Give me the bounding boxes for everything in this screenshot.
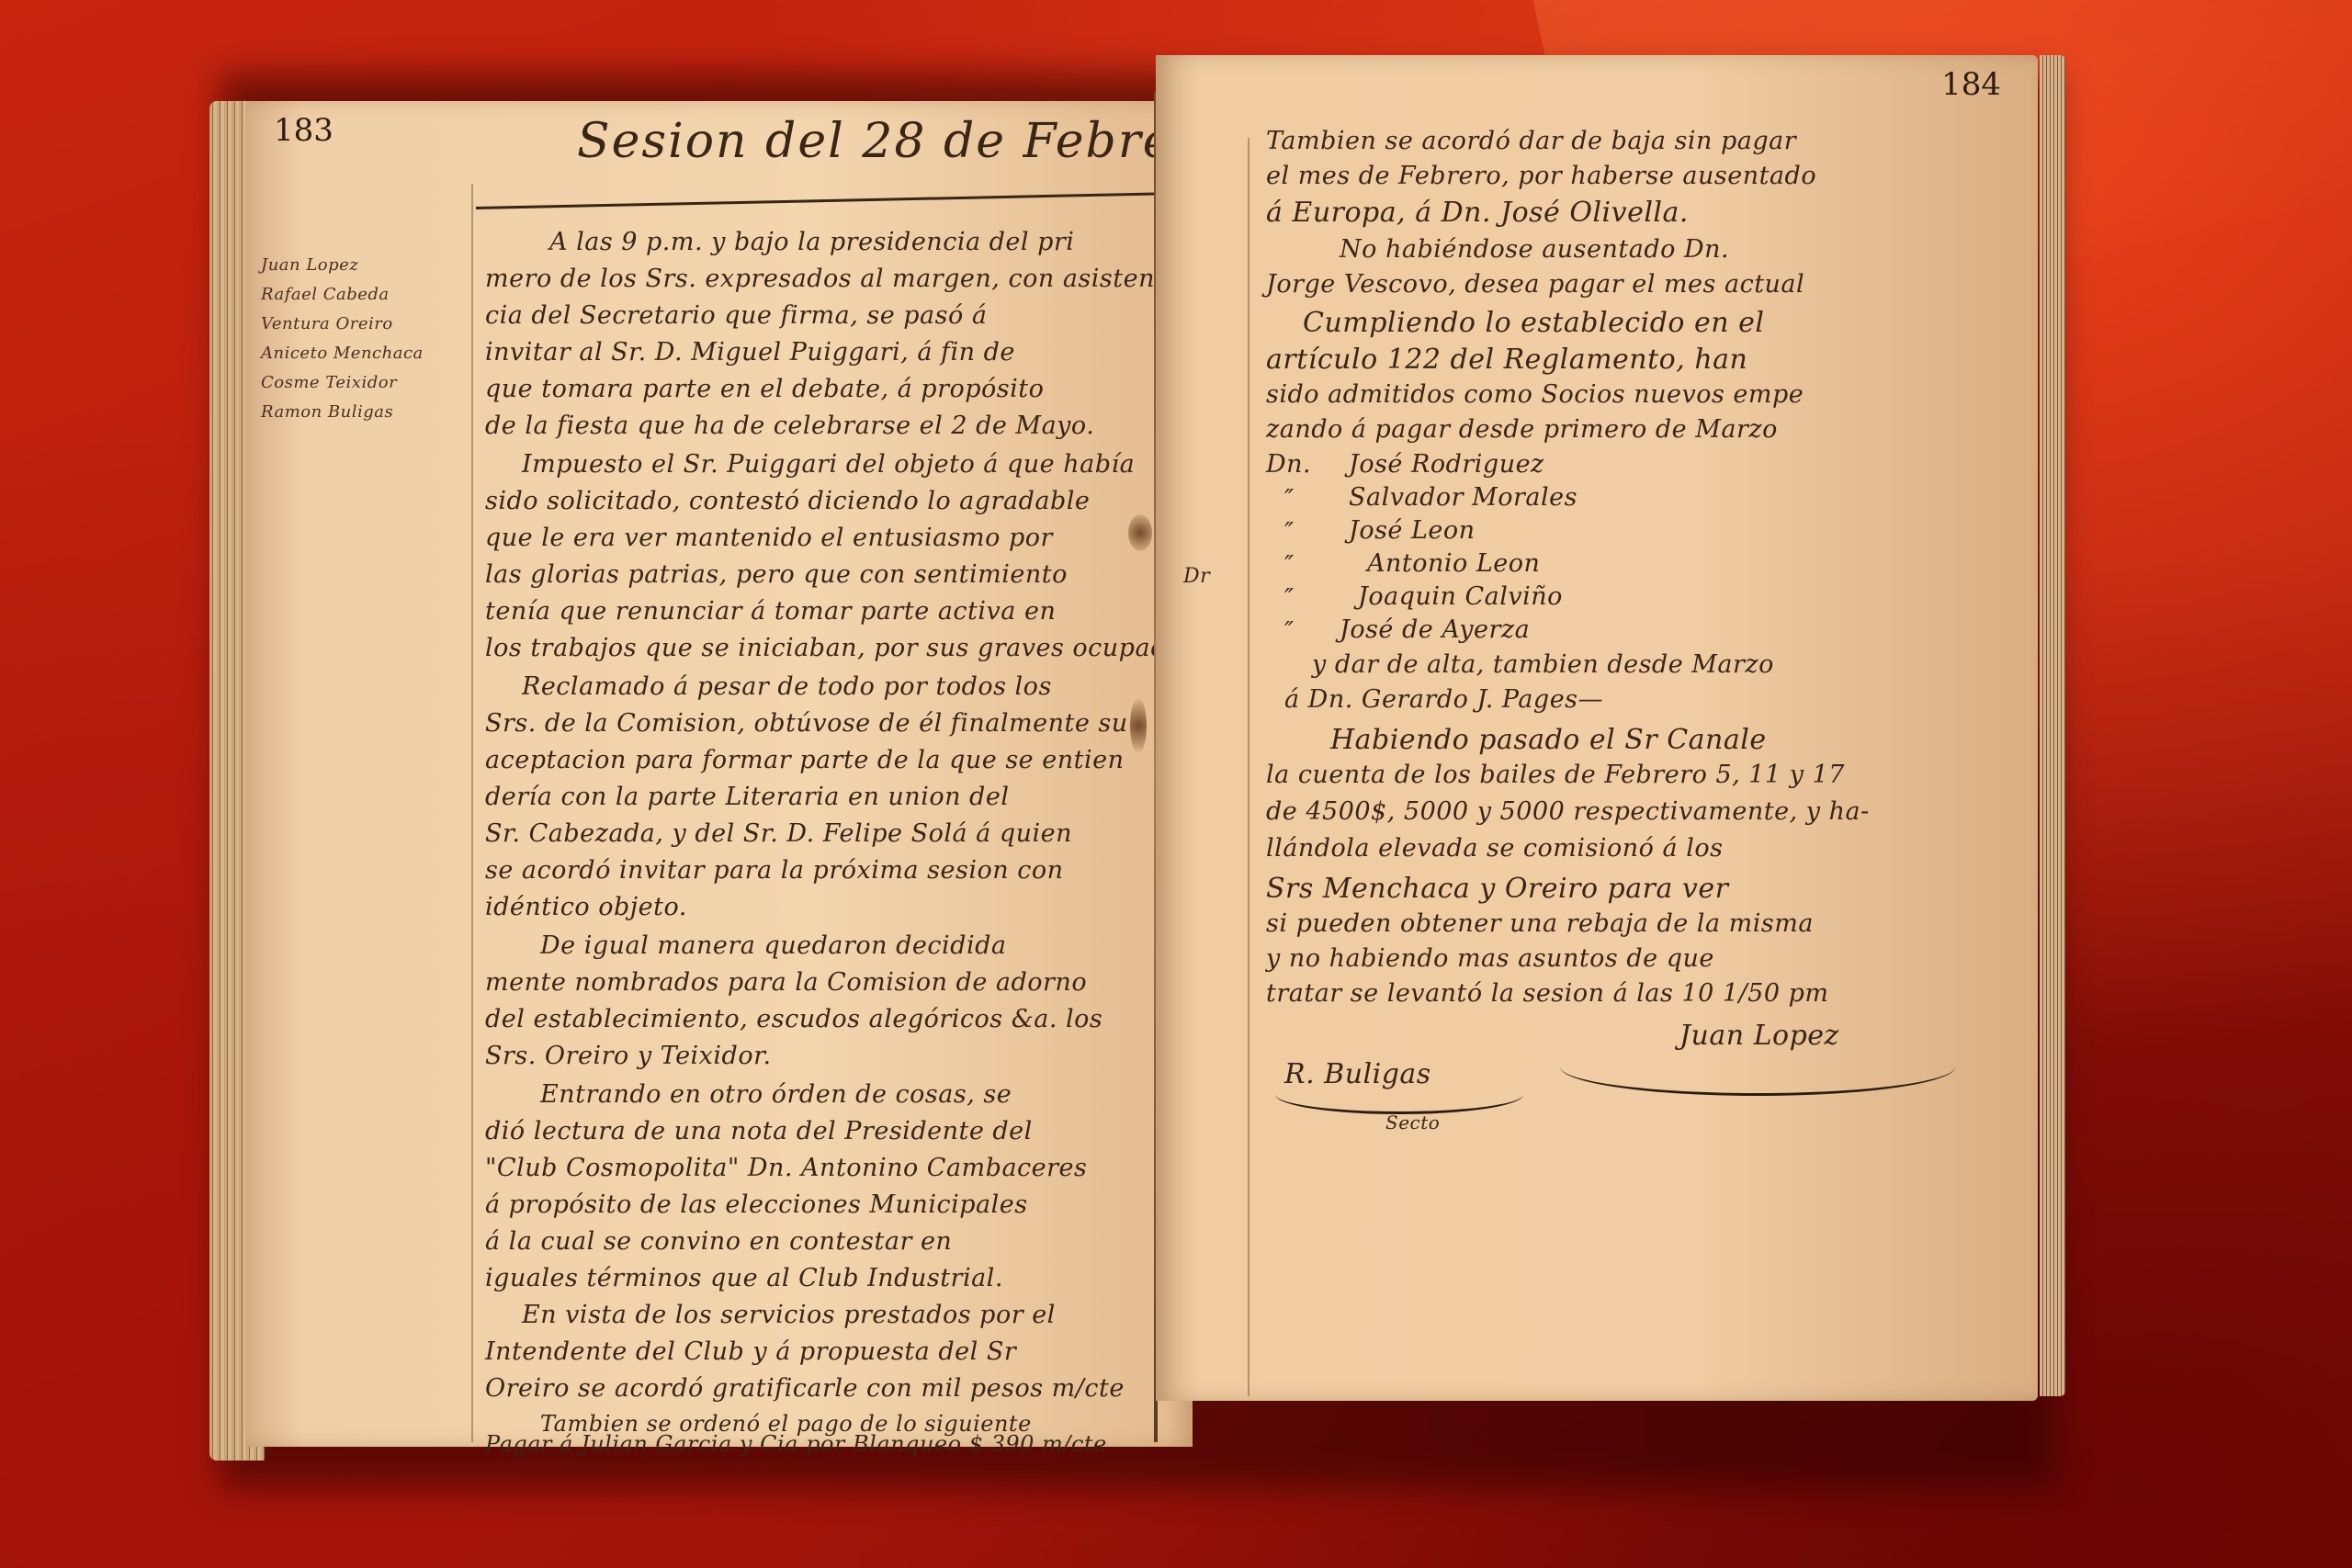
attendee-name: Ramon Buligas — [261, 402, 393, 422]
text-line: En vista de los servicios prestados por … — [522, 1301, 1056, 1329]
text-line: tratar se levantó la sesion á las 10 1/5… — [1266, 979, 1829, 1008]
text-line: Habiendo pasado el Sr Canale — [1330, 724, 1767, 756]
text-line: de la fiesta que ha de celebrarse el 2 d… — [485, 412, 1094, 440]
new-member-name: José de Ayerza — [1340, 615, 1530, 644]
title-underline — [476, 192, 1174, 209]
attendee-name: Rafael Cabeda — [261, 285, 390, 304]
text-line: á Europa, á Dn. José Olivella. — [1266, 197, 1689, 229]
new-member-name: Antonio Leon — [1367, 549, 1540, 578]
ditto-mark: ″ — [1284, 518, 1295, 547]
text-line: Oreiro se acordó gratificarle con mil pe… — [485, 1374, 1125, 1403]
text-line: llándola elevada se comisionó á los — [1266, 834, 1723, 863]
text-line: Cumpliendo lo establecido en el — [1303, 307, 1765, 339]
text-line: mero de los Srs. expresados al margen, c… — [485, 265, 1155, 293]
margin-rule — [471, 184, 473, 1442]
text-line: cia del Secretario que firma, se pasó á — [485, 301, 987, 330]
text-line: á propósito de las elecciones Municipale… — [485, 1190, 1028, 1219]
text-line: Jorge Vescovo, desea pagar el mes actual — [1266, 270, 1804, 299]
text-line: zando á pagar desde primero de Marzo — [1266, 415, 1778, 444]
ditto-mark: ″ — [1284, 551, 1295, 580]
text-line: Impuesto el Sr. Puiggari del objeto á qu… — [522, 450, 1135, 479]
left-page: 183 Sesion del 28 de Febrero de 1883 Jua… — [246, 101, 1193, 1447]
text-line: del establecimiento, escudos alegóricos … — [485, 1005, 1102, 1033]
attendee-name: Cosme Teixidor — [261, 373, 397, 392]
attendee-name: Ventura Oreiro — [261, 314, 393, 333]
ink-stain — [1128, 514, 1152, 551]
new-member-name: Salvador Morales — [1349, 483, 1577, 512]
margin-note: Dr — [1183, 565, 1210, 588]
text-line: tenía que renunciar á tomar parte activa… — [485, 597, 1056, 626]
signature-flourish — [1275, 1075, 1523, 1114]
attendee-name: Aniceto Menchaca — [261, 344, 424, 363]
page-number-left: 183 — [274, 112, 334, 149]
text-line: Tambien se acordó dar de baja sin pagar — [1266, 127, 1796, 155]
text-line: la cuenta de los bailes de Febrero 5, 11… — [1266, 761, 1845, 789]
text-line: aceptacion para formar parte de la que s… — [485, 746, 1124, 774]
text-line: dería con la parte Literaria en union de… — [485, 783, 1009, 811]
new-member-name: José Leon — [1349, 516, 1476, 545]
text-line: De igual manera quedaron decidida — [540, 931, 1006, 960]
ditto-mark: ″ — [1284, 584, 1295, 613]
text-line: Reclamado á pesar de todo por todos los — [522, 672, 1052, 701]
text-line: que tomara parte en el debate, á propósi… — [485, 375, 1044, 403]
margin-rule-right — [1248, 138, 1249, 1396]
text-line: No habiéndose ausentado Dn. — [1340, 235, 1729, 264]
ditto-mark: ″ — [1284, 485, 1295, 513]
text-line: invitar al Sr. D. Miguel Puiggari, á fin… — [485, 338, 1015, 367]
signature-flourish — [1560, 1038, 1955, 1096]
text-line: mente nombrados para la Comision de ador… — [485, 968, 1087, 997]
open-ledger-book: 183 Sesion del 28 de Febrero de 1883 Jua… — [209, 55, 2056, 1474]
text-line: sido admitidos como Socios nuevos empe — [1266, 380, 1804, 409]
text-line: Srs Menchaca y Oreiro para ver — [1266, 873, 1728, 905]
text-line: y no habiendo mas asuntos de que — [1266, 944, 1714, 973]
text-line: los trabajos que se iniciaban, por sus g… — [485, 634, 1189, 662]
text-line: sido solicitado, contestó diciendo lo ag… — [485, 487, 1090, 515]
page-number-right: 184 — [1941, 66, 2001, 103]
text-line: de 4500$, 5000 y 5000 respectivamente, y… — [1266, 797, 1870, 826]
text-line: "Club Cosmopolita" Dn. Antonino Cambacer… — [485, 1154, 1087, 1182]
text-line: á Dn. Gerardo J. Pages— — [1284, 685, 1603, 714]
text-line: se acordó invitar para la próxima sesion… — [485, 856, 1063, 885]
ditto-mark: ″ — [1284, 617, 1295, 646]
text-line: Entrando en otro órden de cosas, se — [540, 1080, 1012, 1109]
text-line: idéntico objeto. — [485, 893, 687, 921]
member-prefix: Dn. — [1266, 450, 1311, 479]
text-line: Sr. Cabezada, y del Sr. D. Felipe Solá á… — [485, 819, 1072, 848]
right-page-edges — [2040, 55, 2065, 1396]
text-line: A las 9 p.m. y bajo la presidencia del p… — [549, 228, 1074, 256]
secretary-title: Secto — [1385, 1111, 1440, 1134]
text-line: el mes de Febrero, por haberse ausentado — [1266, 162, 1816, 190]
text-line: Intendente del Club y á propuesta del Sr — [485, 1337, 1016, 1366]
text-line: Srs. Oreiro y Teixidor. — [485, 1042, 772, 1070]
new-member-name: Joaquin Calviño — [1358, 582, 1563, 611]
right-page: 184 Dr Tambien se acordó dar de baja sin… — [1156, 55, 2038, 1401]
text-line: si pueden obtener una rebaja de la misma — [1266, 909, 1814, 938]
text-line: á la cual se convino en contestar en — [485, 1227, 952, 1256]
text-line: y dar de alta, tambien desde Marzo — [1312, 650, 1774, 679]
text-line: artículo 122 del Reglamento, han — [1266, 344, 1747, 376]
text-line: iguales términos que al Club Industrial. — [485, 1264, 1003, 1292]
text-line: que le era ver mantenido el entusiasmo p… — [485, 524, 1053, 552]
new-member-name: José Rodriguez — [1349, 450, 1544, 479]
text-line: las glorias patrias, pero que con sentim… — [485, 560, 1068, 589]
text-line: Srs. de la Comision, obtúvose de él fina… — [485, 709, 1128, 738]
attendee-name: Juan Lopez — [261, 255, 358, 275]
payment-line: Pagar á Julian Garcia y Cia por Blanqueo… — [485, 1431, 1107, 1457]
ink-stain — [1130, 698, 1147, 753]
text-line: dió lectura de una nota del Presidente d… — [485, 1117, 1033, 1145]
